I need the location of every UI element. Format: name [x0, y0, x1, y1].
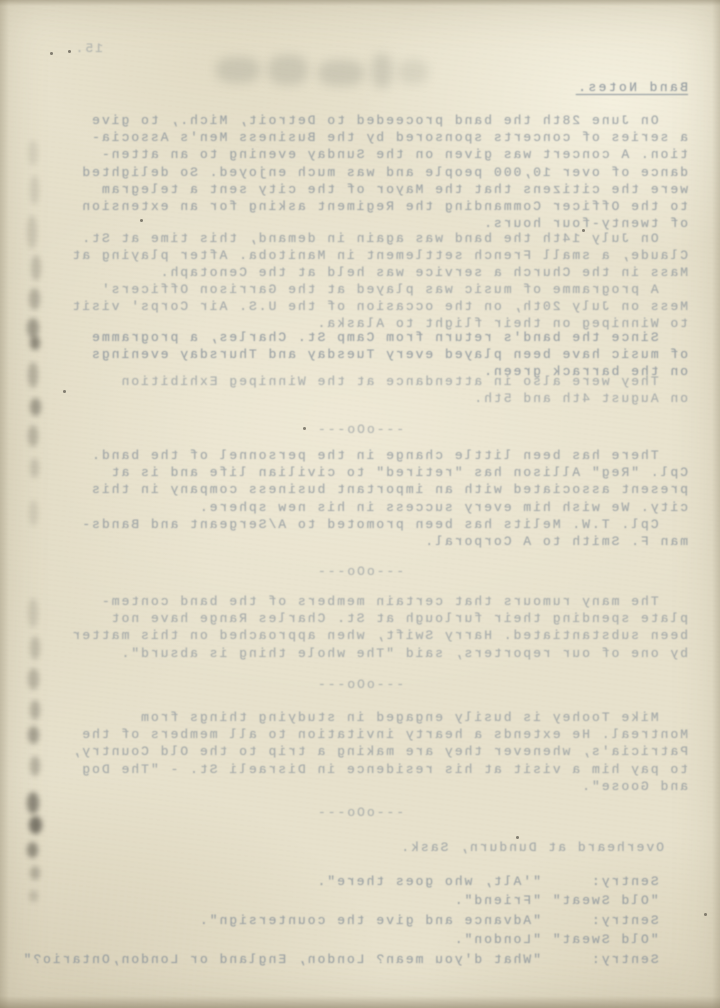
- paragraph-detroit: On June 28th the band proceeded to Detro…: [80, 112, 688, 232]
- section-heading: Band Notes.: [576, 79, 688, 96]
- paragraph-st-claude: On July 14th the band was again in deman…: [71, 230, 688, 282]
- section-separator: ---oOo---: [32, 676, 688, 693]
- section-separator: ---oOo---: [32, 804, 688, 821]
- paragraph-rumours: The many rumours that certain members of…: [71, 593, 688, 662]
- sentry-dialogue: Sentry: "'Alt, who goes there". "Old Swe…: [22, 872, 689, 969]
- overheard-heading: Overheard at Dundurn, Sask.: [399, 839, 664, 856]
- paragraph-garrison-mess: A programme of music was played at the G…: [71, 281, 688, 333]
- section-separator: ---oOo---: [32, 563, 688, 580]
- scanned-newsletter-page: 15. Band Notes. On June 28th the band pr…: [0, 0, 720, 1008]
- paragraph-exhibition: They were also in attendance at the Winn…: [120, 373, 688, 407]
- paragraph-personnel: There has been little change in the pers…: [80, 447, 688, 550]
- mirrored-text-layer: 15. Band Notes. On June 28th the band pr…: [0, 0, 720, 1008]
- page-number: 15.: [74, 40, 103, 57]
- section-separator: ---oOo---: [32, 421, 688, 438]
- paragraph-toohey: Mike Toohey is busily engaged in studyin…: [71, 709, 688, 795]
